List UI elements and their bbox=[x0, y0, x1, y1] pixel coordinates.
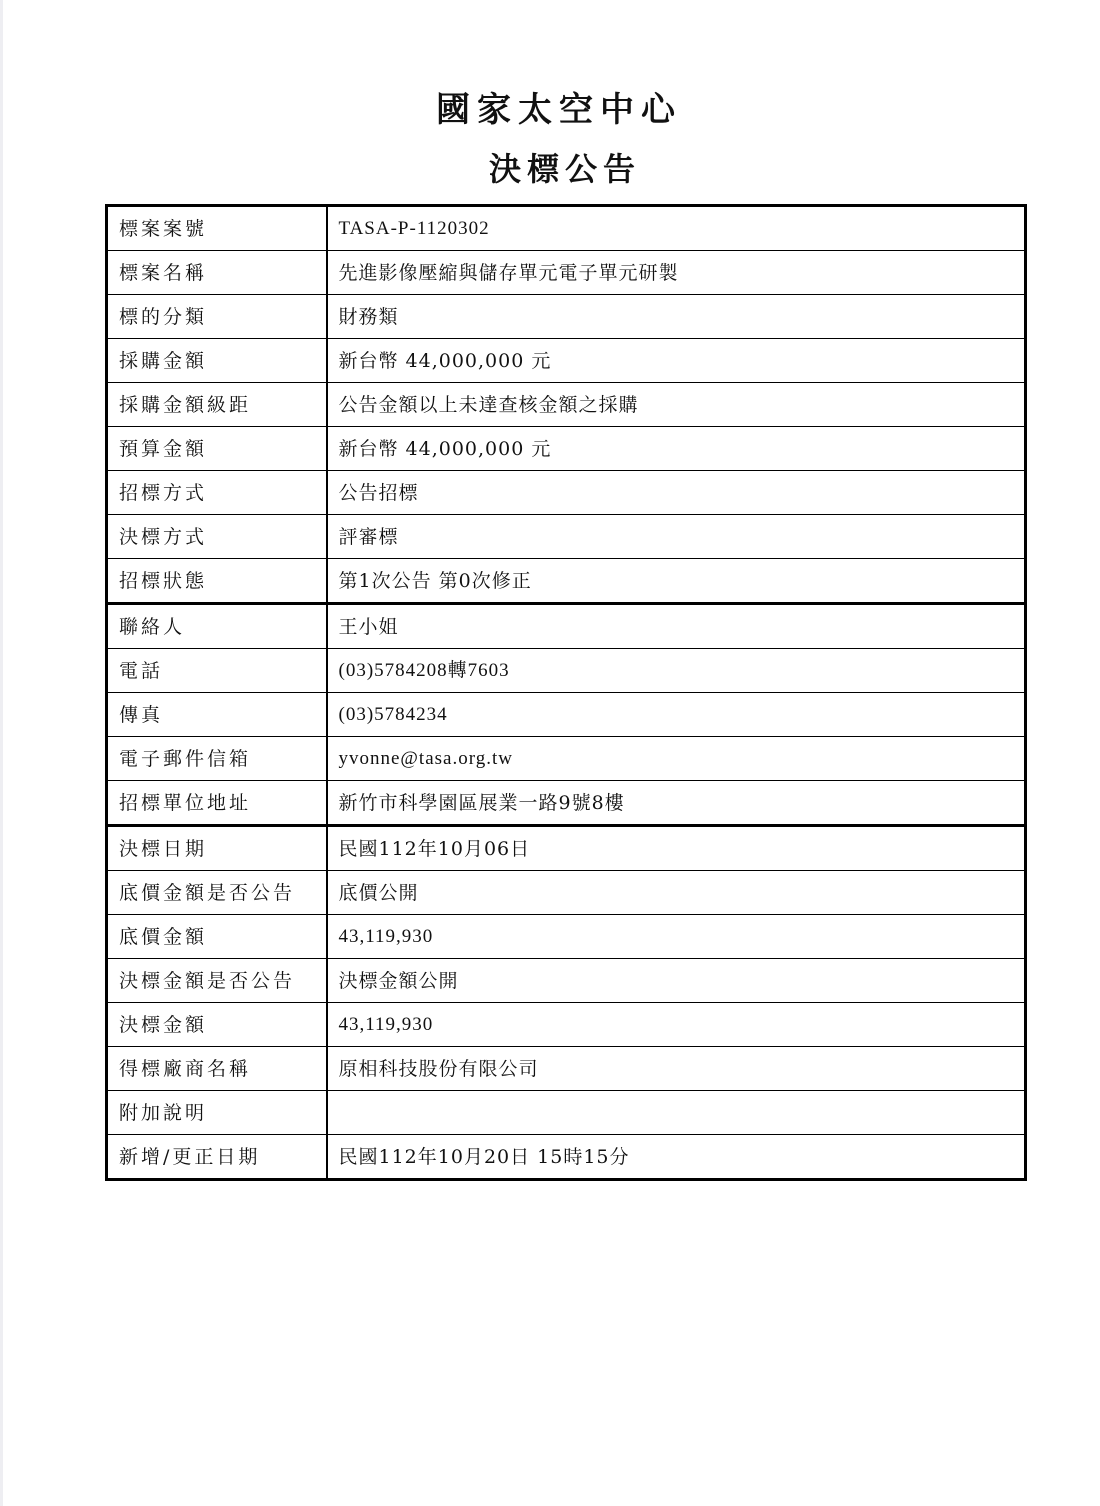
field-label: 電話 bbox=[107, 649, 327, 693]
award-notice-table: 標案案號 TASA-P-1120302 標案名稱 先進影像壓縮與儲存單元電子單元… bbox=[105, 204, 1027, 1181]
row-award-method: 決標方式 評審標 bbox=[107, 515, 1026, 559]
field-label: 新增/更正日期 bbox=[107, 1135, 327, 1180]
row-updated-date: 新增/更正日期 民國112年10月20日 15時15分 bbox=[107, 1135, 1026, 1180]
field-label: 聯絡人 bbox=[107, 604, 327, 649]
row-award-date: 決標日期 民國112年10月06日 bbox=[107, 826, 1026, 871]
row-tender-method: 招標方式 公告招標 bbox=[107, 471, 1026, 515]
reserve-price-public-value: 底價公開 bbox=[327, 871, 1026, 915]
fax-value: (03)5784234 bbox=[327, 693, 1026, 737]
phone-value: (03)5784208轉7603 bbox=[327, 649, 1026, 693]
field-label: 招標方式 bbox=[107, 471, 327, 515]
tender-number-value: TASA-P-1120302 bbox=[327, 206, 1026, 251]
row-email: 電子郵件信箱 yvonne@tasa.org.tw bbox=[107, 737, 1026, 781]
amount-tier-value: 公告金額以上未達查核金額之採購 bbox=[327, 383, 1026, 427]
field-label: 標案案號 bbox=[107, 206, 327, 251]
row-reserve-price-public: 底價金額是否公告 底價公開 bbox=[107, 871, 1026, 915]
page-title: 國家太空中心 bbox=[0, 86, 1100, 134]
field-label: 底價金額 bbox=[107, 915, 327, 959]
field-label: 傳真 bbox=[107, 693, 327, 737]
budget-amount-value: 新台幣 44,000,000 元 bbox=[327, 427, 1026, 471]
category-value: 財務類 bbox=[327, 295, 1026, 339]
row-fax: 傳真 (03)5784234 bbox=[107, 693, 1026, 737]
contact-person-value: 王小姐 bbox=[327, 604, 1026, 649]
field-label: 決標金額是否公告 bbox=[107, 959, 327, 1003]
row-tender-status: 招標狀態 第1次公告 第0次修正 bbox=[107, 559, 1026, 604]
page-edge bbox=[0, 0, 3, 1506]
row-tender-number: 標案案號 TASA-P-1120302 bbox=[107, 206, 1026, 251]
address-value: 新竹市科學園區展業一路9號8樓 bbox=[327, 781, 1026, 826]
winning-vendor-value: 原相科技股份有限公司 bbox=[327, 1047, 1026, 1091]
field-label: 得標廠商名稱 bbox=[107, 1047, 327, 1091]
page-subtitle: 決標公告 bbox=[0, 146, 1100, 192]
row-award-amount-public: 決標金額是否公告 決標金額公開 bbox=[107, 959, 1026, 1003]
email-value: yvonne@tasa.org.tw bbox=[327, 737, 1026, 781]
award-amount-value: 43,119,930 bbox=[327, 1003, 1026, 1047]
updated-date-value: 民國112年10月20日 15時15分 bbox=[327, 1135, 1026, 1180]
procurement-amount-value: 新台幣 44,000,000 元 bbox=[327, 339, 1026, 383]
tender-name-value: 先進影像壓縮與儲存單元電子單元研製 bbox=[327, 251, 1026, 295]
row-procurement-amount: 採購金額 新台幣 44,000,000 元 bbox=[107, 339, 1026, 383]
tender-status-value: 第1次公告 第0次修正 bbox=[327, 559, 1026, 604]
row-award-amount: 決標金額 43,119,930 bbox=[107, 1003, 1026, 1047]
field-label: 採購金額 bbox=[107, 339, 327, 383]
field-label: 底價金額是否公告 bbox=[107, 871, 327, 915]
row-tender-name: 標案名稱 先進影像壓縮與儲存單元電子單元研製 bbox=[107, 251, 1026, 295]
row-phone: 電話 (03)5784208轉7603 bbox=[107, 649, 1026, 693]
row-reserve-price: 底價金額 43,119,930 bbox=[107, 915, 1026, 959]
field-label: 招標狀態 bbox=[107, 559, 327, 604]
field-label: 決標日期 bbox=[107, 826, 327, 871]
field-label: 電子郵件信箱 bbox=[107, 737, 327, 781]
row-contact-person: 聯絡人 王小姐 bbox=[107, 604, 1026, 649]
reserve-price-value: 43,119,930 bbox=[327, 915, 1026, 959]
field-label: 採購金額級距 bbox=[107, 383, 327, 427]
award-method-value: 評審標 bbox=[327, 515, 1026, 559]
row-amount-tier: 採購金額級距 公告金額以上未達查核金額之採購 bbox=[107, 383, 1026, 427]
row-budget-amount: 預算金額 新台幣 44,000,000 元 bbox=[107, 427, 1026, 471]
field-label: 招標單位地址 bbox=[107, 781, 327, 826]
row-winning-vendor: 得標廠商名稱 原相科技股份有限公司 bbox=[107, 1047, 1026, 1091]
additional-notes-value bbox=[327, 1091, 1026, 1135]
award-date-value: 民國112年10月06日 bbox=[327, 826, 1026, 871]
field-label: 決標金額 bbox=[107, 1003, 327, 1047]
field-label: 標的分類 bbox=[107, 295, 327, 339]
row-additional-notes: 附加說明 bbox=[107, 1091, 1026, 1135]
row-address: 招標單位地址 新竹市科學園區展業一路9號8樓 bbox=[107, 781, 1026, 826]
field-label: 決標方式 bbox=[107, 515, 327, 559]
field-label: 預算金額 bbox=[107, 427, 327, 471]
award-amount-public-value: 決標金額公開 bbox=[327, 959, 1026, 1003]
field-label: 標案名稱 bbox=[107, 251, 327, 295]
field-label: 附加說明 bbox=[107, 1091, 327, 1135]
tender-method-value: 公告招標 bbox=[327, 471, 1026, 515]
row-category: 標的分類 財務類 bbox=[107, 295, 1026, 339]
